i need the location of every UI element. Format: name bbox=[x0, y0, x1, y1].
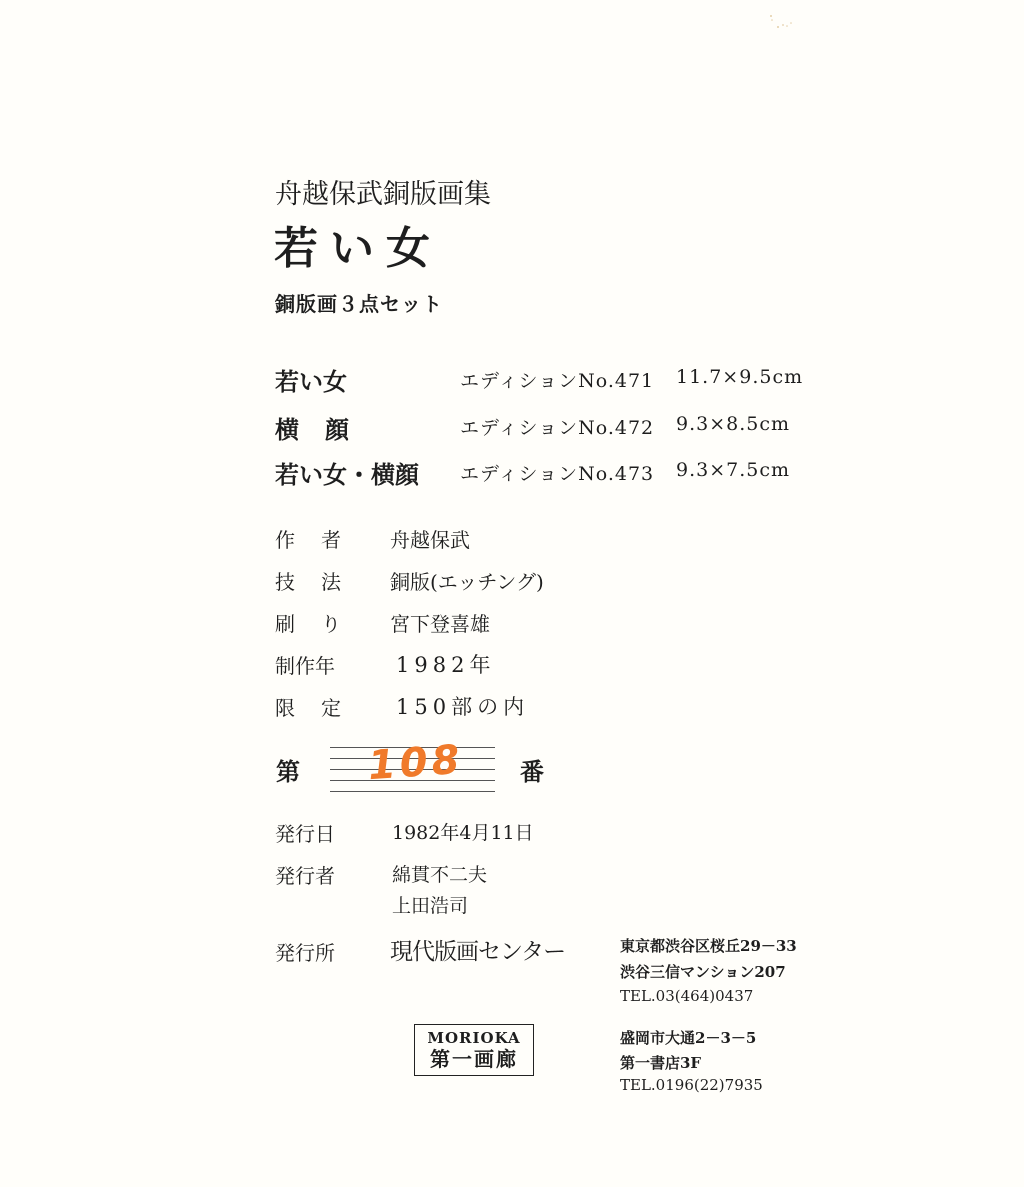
subtitle: 銅版画３点セット bbox=[275, 288, 443, 317]
spec-label: 技法 bbox=[275, 566, 367, 595]
main-title: 若い女 bbox=[274, 212, 442, 276]
address-phone: TEL.0196(22)7935 bbox=[620, 1076, 763, 1094]
work-edition: エディションNo.473 bbox=[460, 459, 654, 486]
work-title: 若い女 bbox=[275, 362, 347, 397]
spec-value: 150部の内 bbox=[396, 691, 529, 721]
work-size: 11.7×9.5cm bbox=[676, 366, 803, 388]
spec-value: 舟越保武 bbox=[390, 524, 470, 553]
spec-label: 限定 bbox=[275, 692, 367, 721]
work-edition: エディションNo.471 bbox=[460, 366, 654, 393]
office-name: 現代版画センター bbox=[390, 933, 565, 966]
publish-date-value: 1982年4月11日 bbox=[392, 818, 534, 845]
series-title: 舟越保武銅版画集 bbox=[275, 172, 491, 211]
spec-label: 刷り bbox=[275, 608, 367, 637]
copy-number-prefix: 第 bbox=[276, 752, 300, 787]
copy-number-handwritten: 108 bbox=[367, 737, 465, 790]
gallery-logo-line1: MORIOKA bbox=[415, 1029, 533, 1047]
gallery-logo: MORIOKA 第一画廊 bbox=[414, 1024, 534, 1076]
publish-date-label: 発行日 bbox=[275, 818, 335, 847]
copy-number-suffix: 番 bbox=[520, 752, 544, 787]
spec-value: 銅版(エッチング) bbox=[390, 566, 544, 595]
work-title: 若い女・横顔 bbox=[275, 455, 419, 490]
address-line: 盛岡市大通2－3－5 bbox=[620, 1027, 756, 1048]
address-phone: TEL.03(464)0437 bbox=[620, 987, 753, 1005]
paper-speck bbox=[768, 12, 798, 32]
address-line: 第一書店3F bbox=[620, 1052, 701, 1073]
spec-label: 作者 bbox=[275, 524, 367, 553]
work-edition: エディションNo.472 bbox=[460, 413, 654, 440]
address-line: 渋谷三信マンション207 bbox=[620, 961, 786, 982]
publisher-name: 上田浩司 bbox=[392, 891, 468, 918]
work-size: 9.3×8.5cm bbox=[676, 413, 790, 435]
publisher-name: 綿貫不二夫 bbox=[392, 860, 487, 887]
work-title: 横顔 bbox=[275, 410, 375, 445]
gallery-logo-line2: 第一画廊 bbox=[415, 1047, 533, 1071]
address-line: 東京都渋谷区桜丘29－33 bbox=[620, 935, 797, 956]
spec-value: 1982年 bbox=[396, 649, 495, 679]
spec-label: 制作年 bbox=[275, 650, 335, 679]
office-label: 発行所 bbox=[275, 937, 335, 966]
work-size: 9.3×7.5cm bbox=[676, 459, 790, 481]
spec-value: 宮下登喜雄 bbox=[390, 608, 490, 637]
publisher-label: 発行者 bbox=[275, 860, 335, 889]
